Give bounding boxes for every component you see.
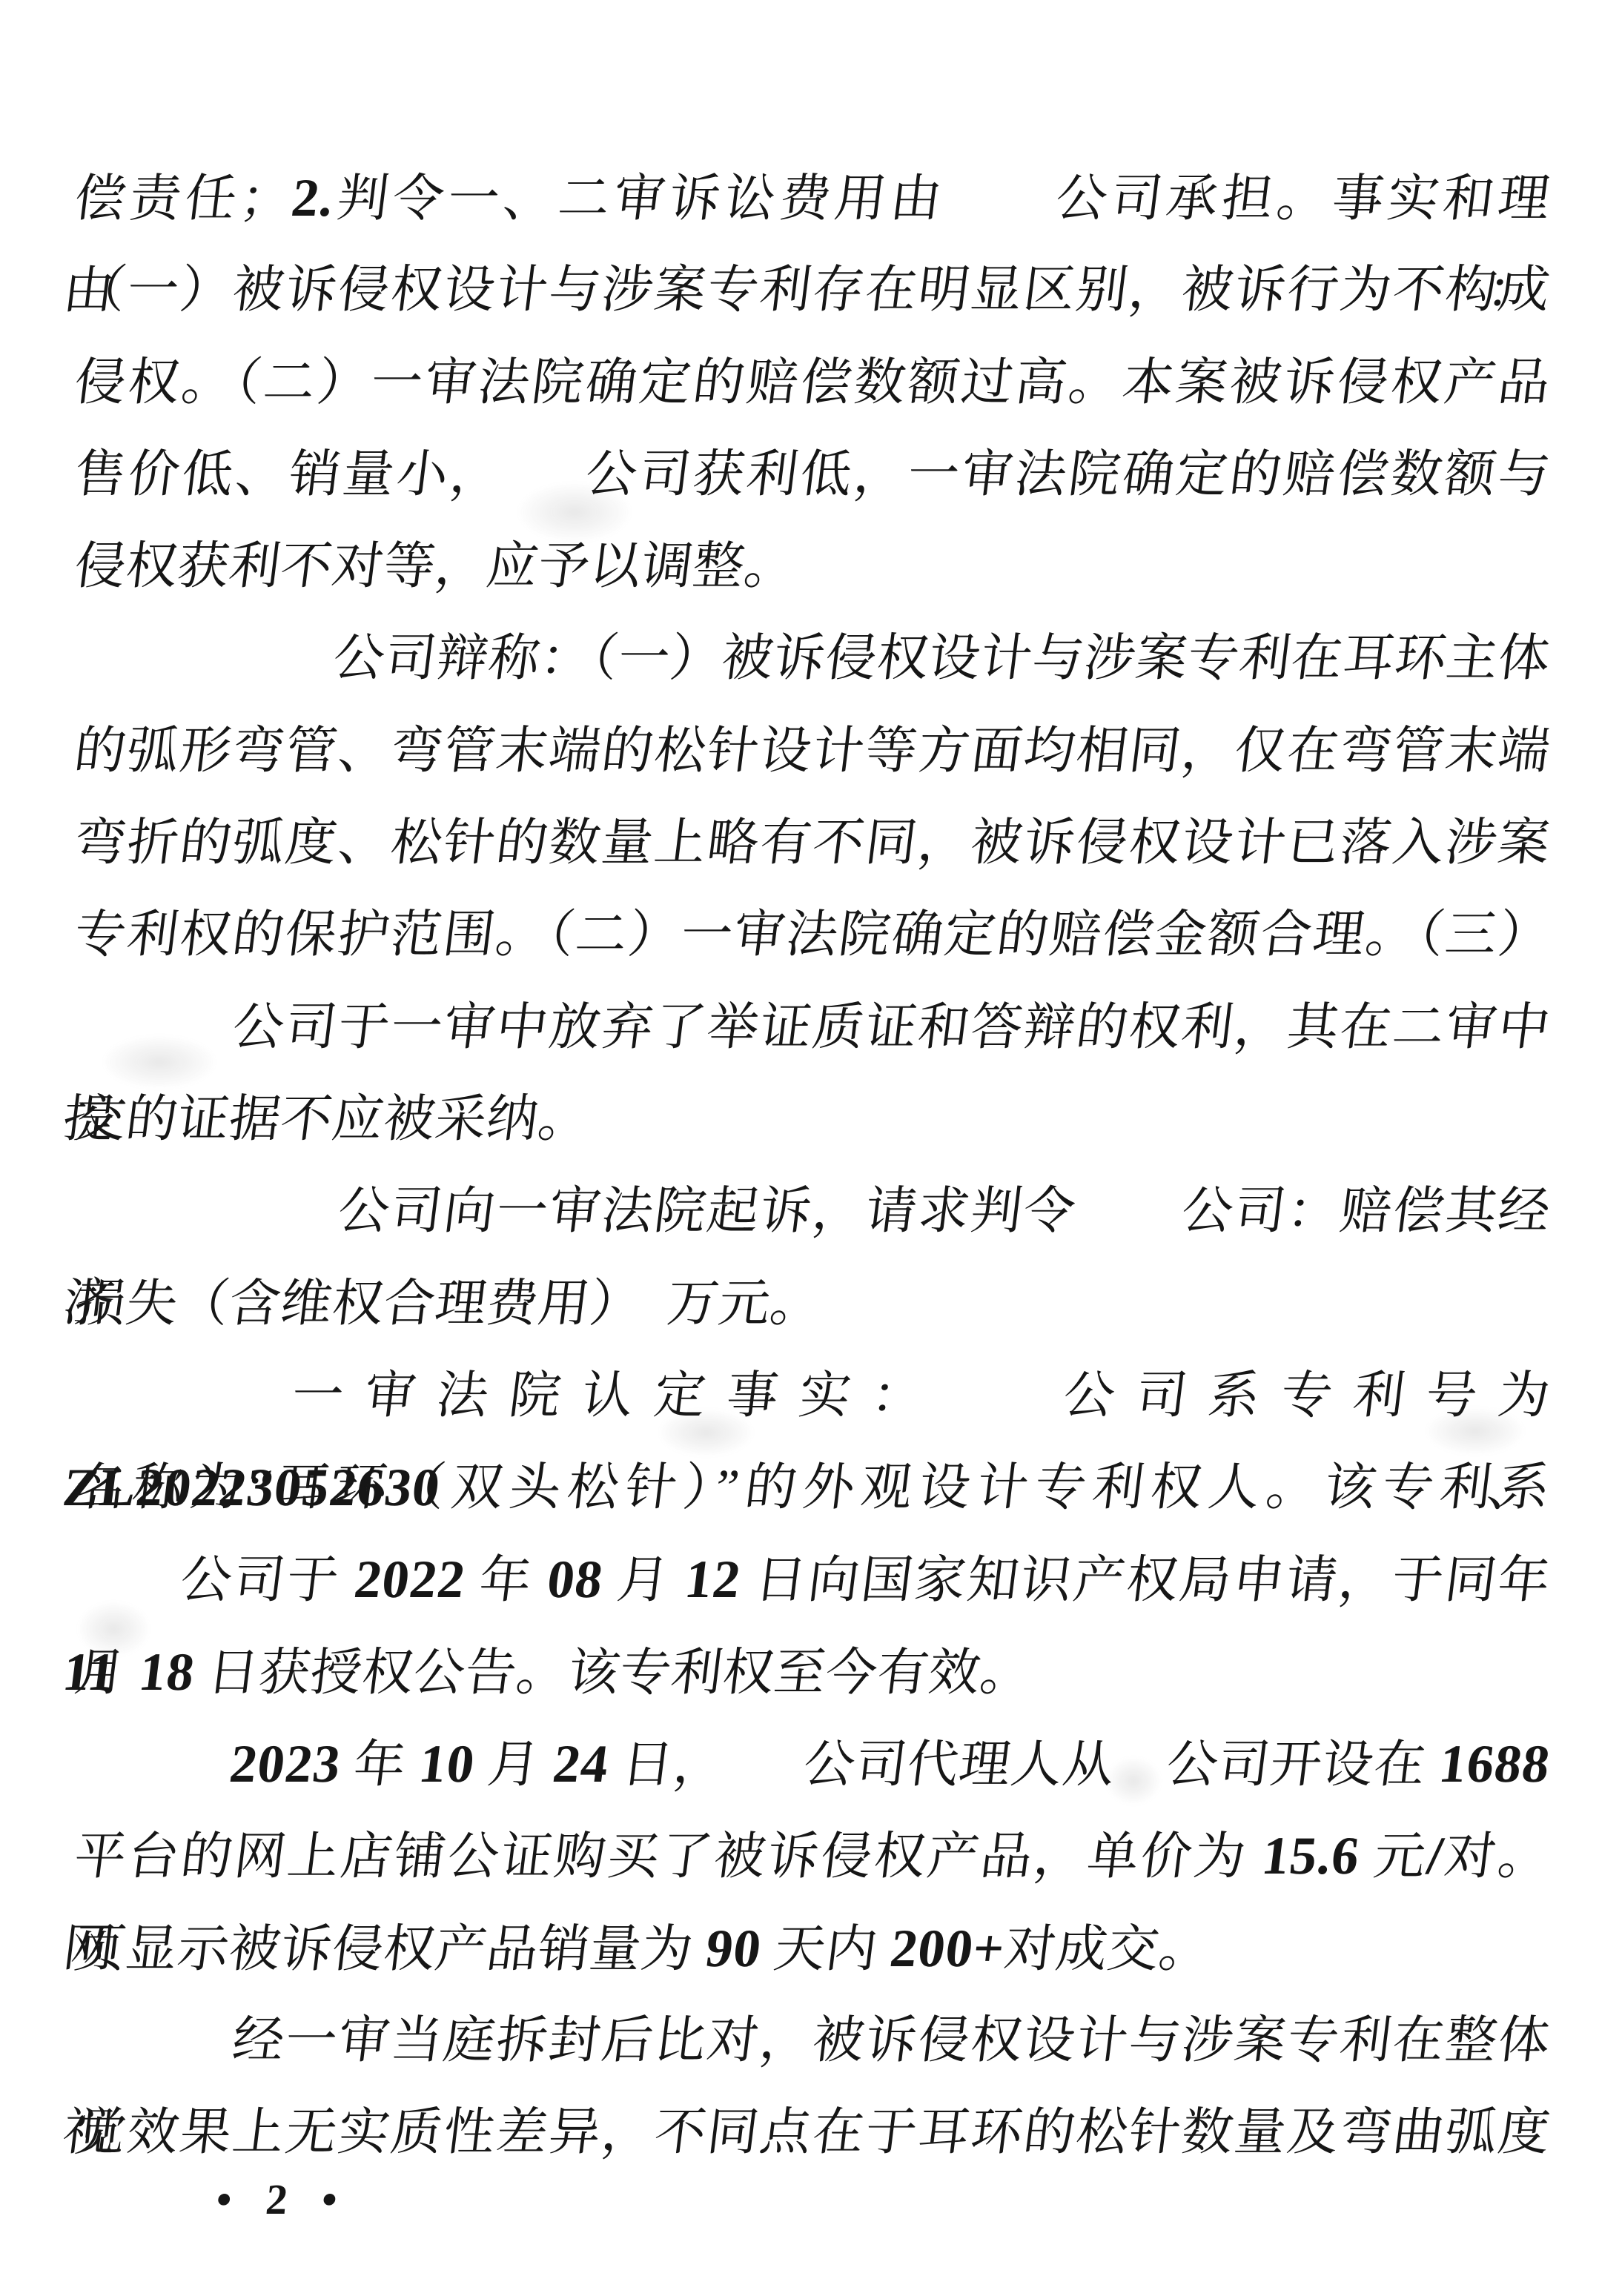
page-number: • 2 • xyxy=(213,2169,345,2231)
latin-text: 1688 xyxy=(1436,1733,1554,1794)
text-line: 交的证据不应被采纳。 xyxy=(69,1073,1555,1165)
latin-text: 12 xyxy=(682,1549,744,1609)
text-line: 侵权获利不对等，应予以调整。 xyxy=(69,520,1555,612)
latin-text: 24 xyxy=(550,1733,612,1794)
text-line: 名称为“耳环（双头松针）”的外观设计专利权人。该专利系 xyxy=(69,1441,1555,1533)
text-line: 一审法院认定事实： 公司系专利号为 ZL20223052630 、 xyxy=(69,1350,1555,1441)
text-line: 专利权的保护范围。（二）一审法院确定的赔偿金额合理。（三） xyxy=(69,889,1555,981)
text-line: 公司于 2022 年 08 月 12 日向国家知识产权局申请，于同年 11 xyxy=(69,1533,1555,1625)
latin-text: 2023 xyxy=(227,1733,345,1794)
latin-text: 90 xyxy=(703,1918,765,1978)
text-line: 的弧形弯管、弯管末端的松针设计等方面均相同，仅在弯管末端 xyxy=(69,705,1555,797)
text-line: 页显示被诉侵权产品销量为 90 天内 200+对成交。 xyxy=(69,1902,1555,1994)
text-line: 觉效果上无实质性差异，不同点在于耳环的松针数量及弯曲弧度 xyxy=(69,2086,1555,2178)
latin-text: 2022 xyxy=(351,1549,469,1609)
latin-text: 08 xyxy=(544,1549,606,1609)
text-line: 公司辩称：（一）被诉侵权设计与涉案专利在耳环主体 xyxy=(69,612,1555,704)
text-line: （一）被诉侵权设计与涉案专利存在明显区别，被诉行为不构成 xyxy=(69,244,1555,336)
scan-smudge xyxy=(519,483,630,541)
text-line: 侵权。（二）一审法院确定的赔偿数额过高。本案被诉侵权产品 xyxy=(69,336,1555,428)
scanned-document-page: { "page": { "footer": { "label": "• 2 •"… xyxy=(0,0,1622,2296)
latin-text: 200+ xyxy=(887,1918,1009,1978)
scan-smudge xyxy=(1107,1758,1160,1804)
latin-text: 10 xyxy=(416,1733,478,1794)
text-line: 弯折的弧度、松针的数量上略有不同，被诉侵权设计已落入涉案 xyxy=(69,797,1555,889)
scan-smudge xyxy=(79,1602,149,1656)
text-line: 2023 年 10 月 24 日， 公司代理人从 公司开设在 1688 xyxy=(69,1718,1555,1810)
text-line: 平台的网上店铺公证购买了被诉侵权产品，单价为 15.6 元/对。网 xyxy=(69,1810,1555,1902)
text-line: 公司于一审中放弃了举证质证和答辩的权利，其在二审中提 xyxy=(69,981,1555,1073)
text-line: 损失（含维权合理费用） 万元。 xyxy=(69,1258,1555,1350)
body-text: 偿责任；2.判令一、二审诉讼费用由 公司承担。事实和理由：（一）被诉侵权设计与涉… xyxy=(74,152,1549,2179)
latin-text: 2. xyxy=(288,167,337,228)
text-line: 公司向一审法院起诉，请求判令 公司：赔偿其经济 xyxy=(69,1165,1555,1257)
text-line: 经一审当庭拆封后比对，被诉侵权设计与涉案专利在整体视 xyxy=(69,1994,1555,2086)
latin-text: / xyxy=(1424,1825,1447,1885)
text-line: 售价低、销量小， 公司获利低，一审法院确定的赔偿数额与 xyxy=(69,428,1555,520)
scan-smudge xyxy=(104,1036,215,1088)
latin-text: 18 xyxy=(136,1642,198,1702)
text-line: 偿责任；2.判令一、二审诉讼费用由 公司承担。事实和理由： xyxy=(69,152,1555,244)
text-line: 月 18 日获授权公告。该专利权至今有效。 xyxy=(69,1626,1555,1718)
scan-smudge xyxy=(660,1410,752,1456)
scan-smudge xyxy=(1427,1408,1523,1454)
latin-text: 15.6 xyxy=(1259,1825,1363,1885)
